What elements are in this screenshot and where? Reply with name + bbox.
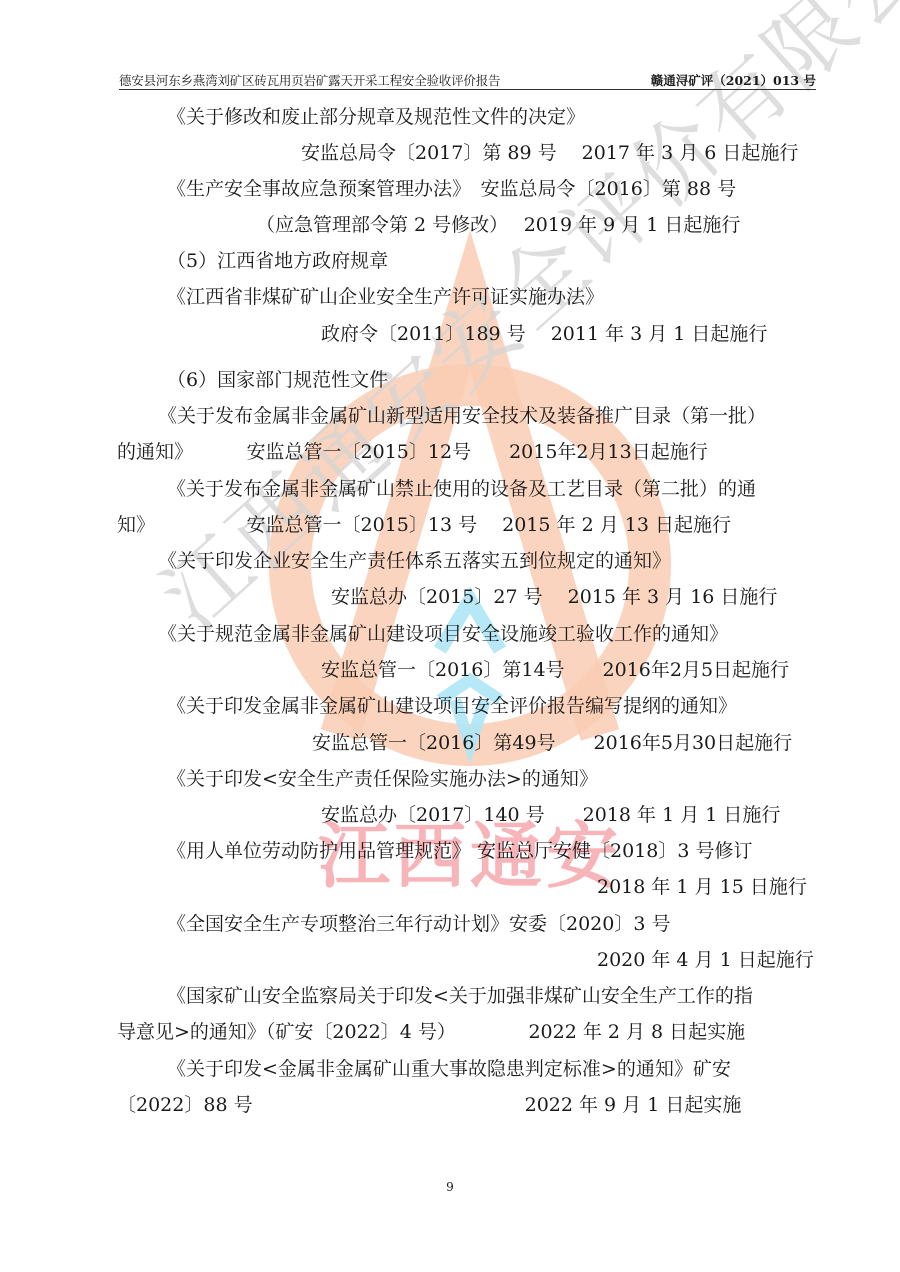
text-line: 《关于印发金属非金属矿山建设项目安全评价报告编写提纲的通知》	[167, 694, 737, 718]
text-line: 《关于规范金属非金属矿山建设项目安全设施竣工验收工作的通知》	[158, 622, 728, 646]
text-line: 安监总办〔2015〕27 号 2015 年 3 月 16 日施行	[331, 585, 777, 609]
text-line: 的通知》 安监总管一〔2015〕12号 2015年2月13日起施行	[117, 440, 708, 464]
text-line: 知》 安监总管一〔2015〕13 号 2015 年 2 月 13 日起施行	[117, 513, 731, 537]
text-line: 安监总办〔2017〕140 号 2018 年 1 月 1 日施行	[321, 803, 780, 827]
text-line: 《关于印发<金属非金属矿山重大事故隐患判定标准>的通知》矿安	[167, 1057, 731, 1081]
text-line: 《关于印发企业安全生产责任体系五落实五到位规定的通知》	[158, 549, 671, 573]
text-line: 《生产安全事故应急预案管理办法》 安监总局令〔2016〕第 88 号	[167, 177, 736, 201]
text-line: 安监总管一〔2016〕第49号 2016年5月30日起施行	[312, 731, 792, 755]
text-line: 政府令〔2011〕189 号 2011 年 3 月 1 日起施行	[321, 322, 767, 346]
text-line: 《国家矿山安全监察局关于印发<关于加强非煤矿山安全生产工作的指	[167, 984, 753, 1008]
report-title: 德安县河东乡燕湾刘矿区砖瓦用页岩矿露天开采工程安全验收评价报告	[119, 71, 500, 89]
text-line: 《关于印发<安全生产责任保险实施办法>的通知》	[167, 767, 598, 791]
text-line: 安监总局令〔2017〕第 89 号 2017 年 3 月 6 日起施行	[301, 141, 798, 165]
text-line: 〔2022〕88 号 2022 年 9 月 1 日起实施	[117, 1093, 741, 1117]
text-line: 《关于发布金属非金属矿山新型适用安全技术及装备推广目录（第一批）	[158, 404, 766, 428]
text-line: 2018 年 1 月 15 日施行	[597, 875, 807, 899]
text-line: （6）国家部门规范性文件	[167, 368, 388, 392]
text-line: 导意见>的通知》（矿安〔2022〕4 号） 2022 年 2 月 8 日起实施	[117, 1020, 745, 1044]
text-line: 《关于发布金属非金属矿山禁止使用的设备及工艺目录（第二批）的通	[167, 477, 756, 501]
page-number: 9	[0, 1180, 900, 1194]
text-line: 《全国安全生产专项整治三年行动计划》安委〔2020〕3 号	[167, 912, 670, 936]
text-line: （5）江西省地方政府规章	[167, 249, 388, 273]
text-line: 2020 年 4 月 1 日起施行	[597, 948, 814, 972]
text-line: 《江西省非煤矿矿山企业安全生产许可证实施办法》	[167, 285, 604, 309]
text-line: （应急管理部令第 2 号修改） 2019 年 9 月 1 日起施行	[256, 213, 740, 237]
text-line: 《关于修改和废止部分规章及规范性文件的决定》	[167, 105, 585, 129]
text-line: 《用人单位劳动防护用品管理规范》 安监总厅安健〔2018〕3 号修订	[167, 839, 753, 863]
document-number: 赣通浔矿评（2021）013 号	[651, 71, 816, 89]
page-header: 德安县河东乡燕湾刘矿区砖瓦用页岩矿露天开采工程安全验收评价报告 赣通浔矿评（20…	[119, 69, 816, 90]
text-line: 安监总管一〔2016〕第14号 2016年2月5日起施行	[321, 658, 789, 682]
